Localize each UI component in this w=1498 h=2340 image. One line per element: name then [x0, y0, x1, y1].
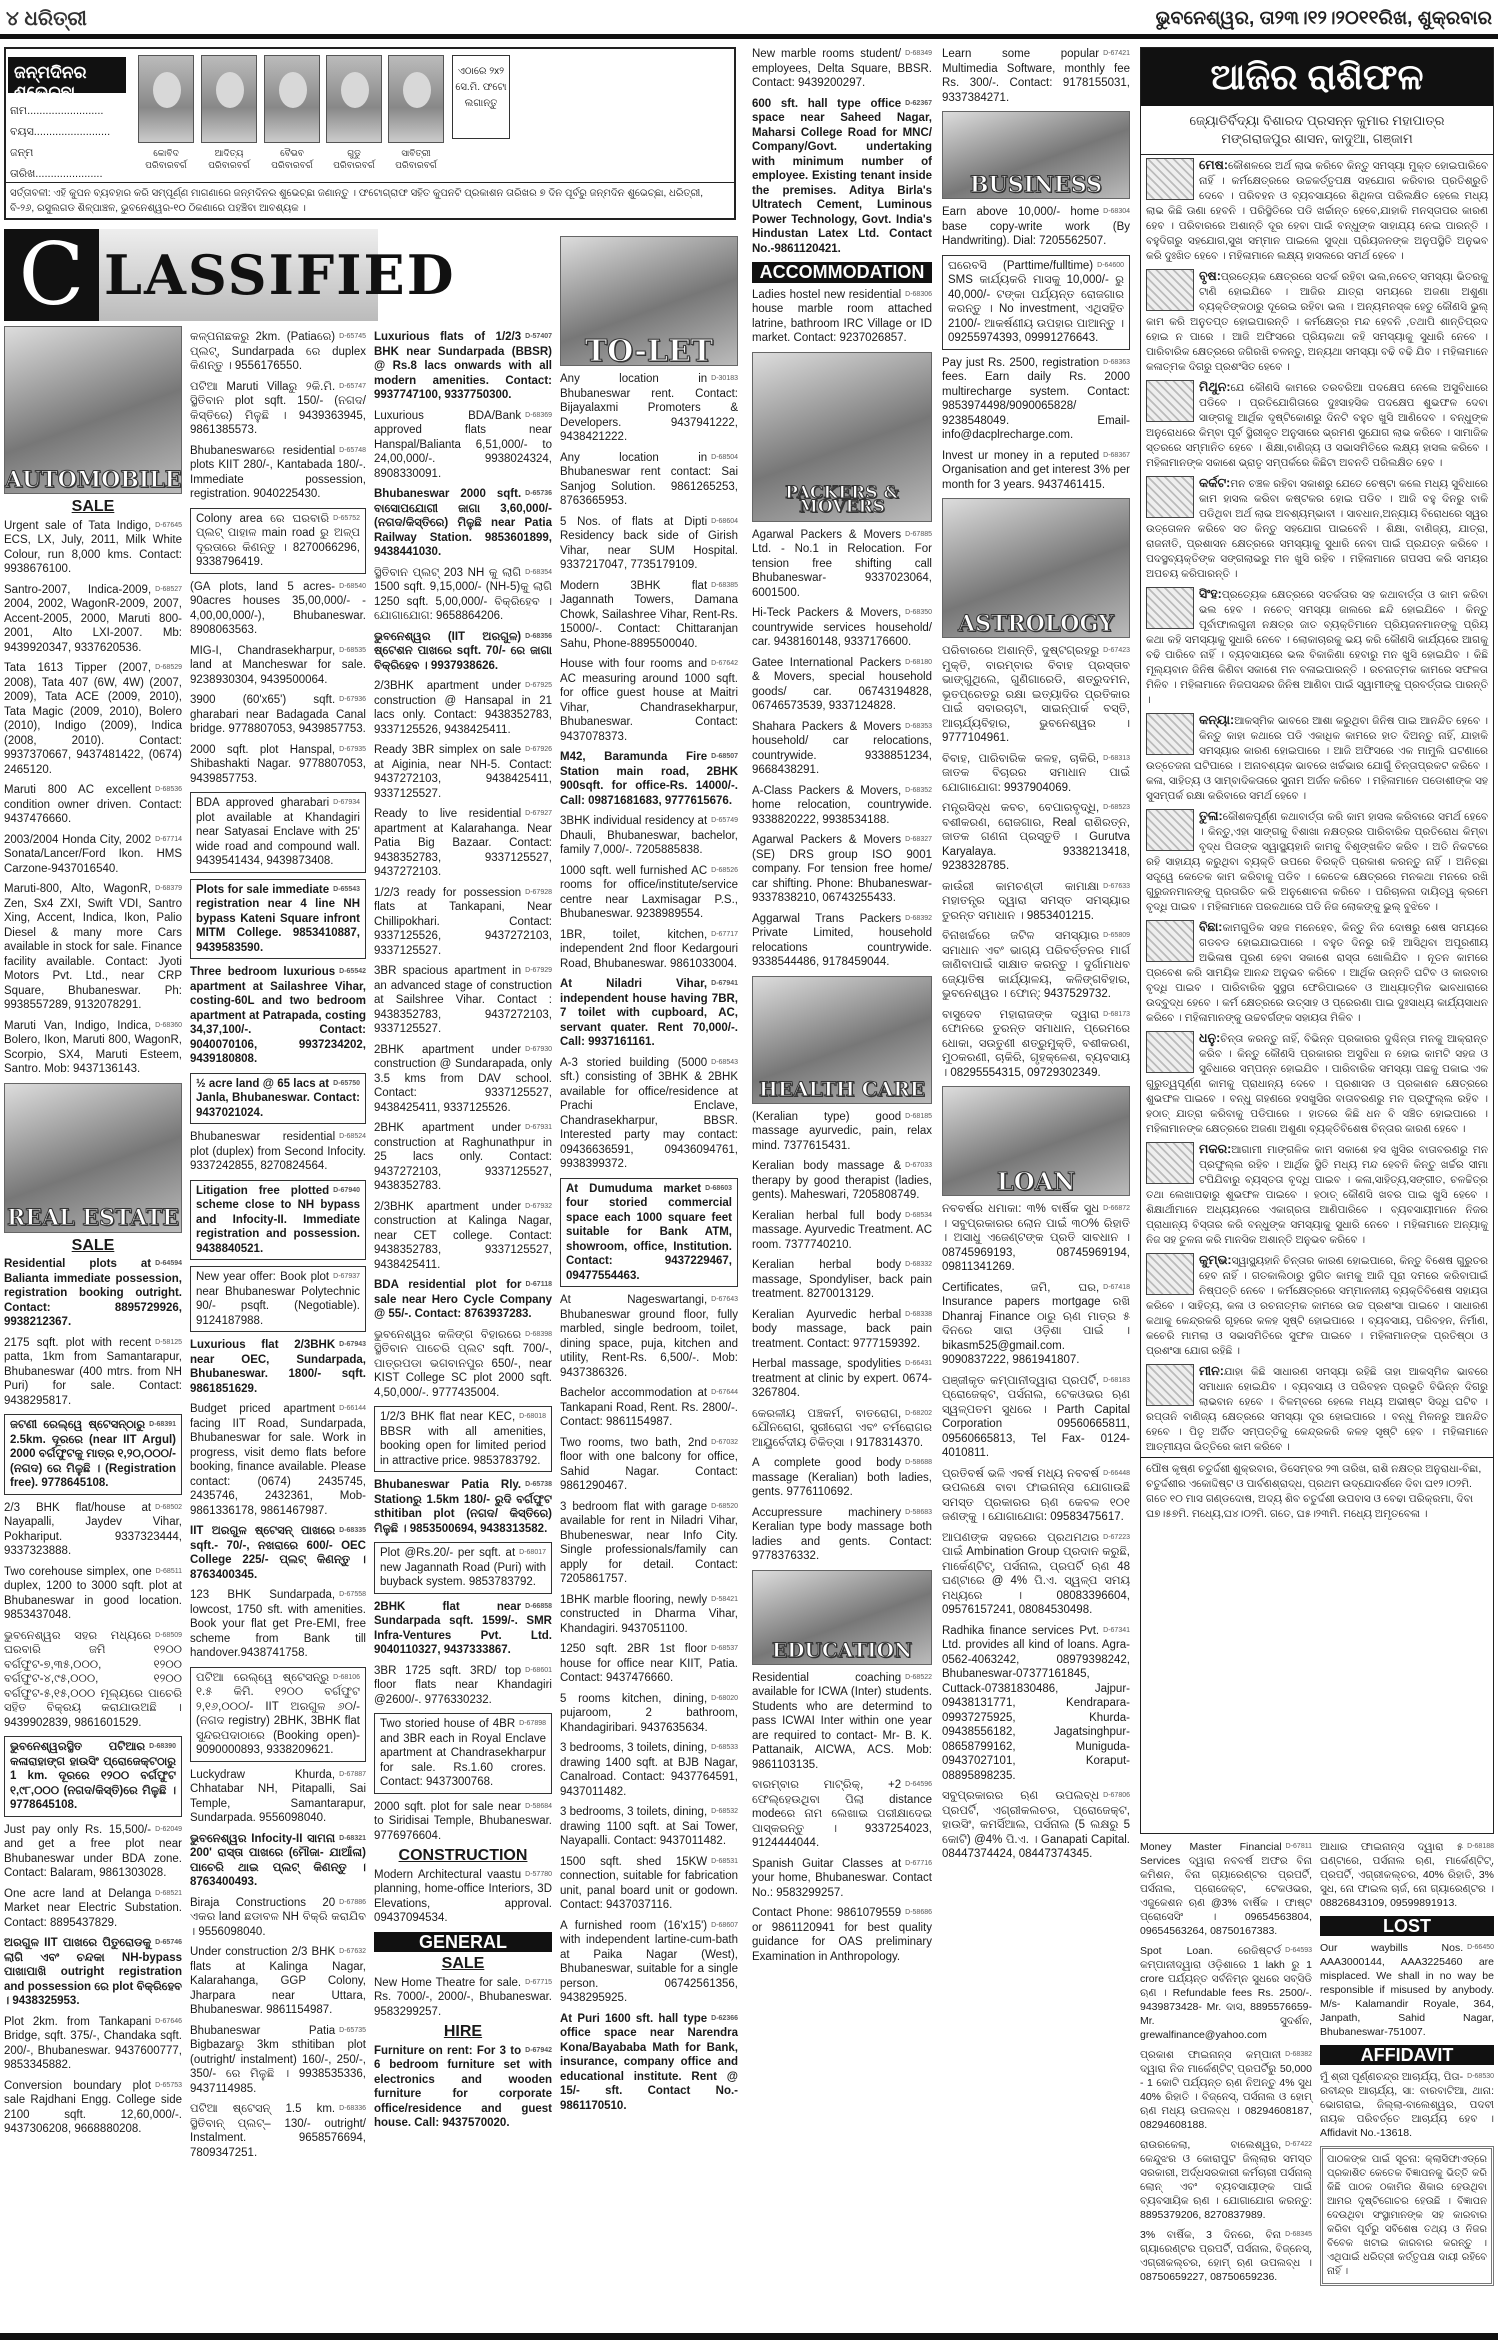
- sign-text: ପ୍ରତ୍ୟେକ କ୍ଷେତ୍ରରେ ସତର୍କ ରହିବା ଭଲ,ନଚେତ୍ …: [1146, 271, 1488, 373]
- column-automobile-realestate: AUTOMOBILESALED-67645Urgent sale of Tata…: [4, 230, 182, 2143]
- classified-ad: D-685333 bedrooms, 3 toilets, dining, dr…: [560, 1741, 738, 1799]
- classified-ad: D-679302BHK apartment under construction…: [374, 1043, 552, 1116]
- classified-ad: D-677142003/2004 Honda City, 2002 Sonata…: [4, 833, 182, 877]
- zodiac-icon: [1146, 269, 1194, 311]
- ad-code: D-68369: [525, 409, 552, 423]
- column-tolet: TO-LETD-30183Any location in Bhubaneswar…: [560, 236, 738, 2119]
- ad-text: A furnished room (16'x15') with independ…: [560, 1920, 738, 2005]
- zodiac-sign: ମିଥୁନ:ଯେ କୌଣସି କାମରେ ତରବରିଆ ପଦକ୍ଷେପ ନେଲେ…: [1141, 377, 1493, 473]
- classified-ad: D-67886Biraja Constructions 20 ଏକର land …: [190, 1896, 366, 1940]
- classified-ad: D-586842000 sqft. plot for sale near to …: [374, 1800, 552, 1844]
- child-photo: [201, 55, 257, 143]
- sign-text: କାମଗୁଡିକ ସହଜ ମନେହେବ, କିନ୍ତୁ ନିଜ ଦୋଷରୁ ଶେ…: [1146, 922, 1488, 1024]
- classified-ad: D-68188ଆଧାର ଫାଇନାନ୍ସ ଦ୍ୱାରା ୫ ଘଣ୍ଟାରେ, ପ…: [1320, 1840, 1494, 1910]
- ad-code: D-64593: [1285, 1944, 1312, 1958]
- sign-text: କୌଶଳପୂର୍ଣ୍ଣ କଥାବାର୍ତ୍ତା କରି କାମ ହାସଲ କରି…: [1146, 811, 1488, 913]
- ad-code: D-68392: [905, 912, 932, 926]
- classified-ad: D-64593Spot Loan. ରେଜିଷ୍ଟର୍ଡ କମ୍ପାନୀଦ୍ୱା…: [1140, 1944, 1312, 2042]
- horoscope-title: ଆଜିର ରାଶିଫଳ: [1141, 48, 1493, 106]
- ad-text: ପରିବାରରେ ଅଶାନ୍ତି, ଦୁଷ୍ଟଗ୍ରହରୁ ମୁକ୍ତି, ବା…: [942, 645, 1130, 744]
- ad-code: D-67928: [525, 886, 552, 900]
- sign-text: ପ୍ରତ୍ୟେକ କ୍ଷେତ୍ରରେ ସତର୍କତାର ସହ କଥାବାର୍ତ୍…: [1146, 589, 1488, 706]
- ad-code: D-68336: [339, 2102, 366, 2116]
- ad-text: Spot Loan. ରେଜିଷ୍ଟର୍ଡ କମ୍ପାନୀଦ୍ୱାରା ଓଡ଼ି…: [1140, 1945, 1312, 2041]
- classified-ad: D-680205 rooms kitchen, dining, pujaroom…: [560, 1692, 738, 1736]
- classified-ad: D-65750½ acre land @ 65 lacs at Janla, B…: [190, 1073, 366, 1125]
- column-finance-bottom-left: D-67811Money Master Financial Services ଦ…: [1140, 1840, 1312, 2290]
- classified-ad: D-679352000 sqft. plot Hanspal, Shibasha…: [190, 743, 366, 787]
- ad-code: D-68390: [149, 1740, 176, 1754]
- dob-field[interactable]: ଜନ୍ମ ତାରିଖ......................: [10, 143, 128, 185]
- classified-ad: D-68607A furnished room (16'x15') with i…: [560, 1919, 738, 2006]
- classified-ad: D-68535MIG-I, Chandrasekharpur, land at …: [190, 644, 366, 688]
- classified-ad: D-68398ଭୁବନେଶ୍ୱର କଳିଙ୍ଗ ବିହାରରେ ସ୍ଥିତିବା…: [374, 1328, 552, 1401]
- ad-text: Certificates, ଜମି, ଘର, Insurance papers …: [942, 1282, 1130, 1367]
- sign-text: ଯାହା କିଛି ସାଧାରଣ ସମସ୍ୟା ରହିଛି ତାହା ଆକସ୍ମ…: [1146, 1366, 1488, 1453]
- zodiac-sign: କର୍କଟ:ମନ ଚଞ୍ଚଳ ରହିବା ସକାଶରୁ ଯେତେ ଚେଷ୍ଟା …: [1141, 473, 1493, 584]
- ad-code: D-64596: [905, 1778, 932, 1792]
- ad-code: D-68540: [339, 580, 366, 594]
- ad-text: 600 sft. hall type office space near Sah…: [752, 98, 932, 255]
- ad-code: D-58125: [155, 1336, 182, 1350]
- sign-name: କନ୍ୟା:: [1199, 713, 1234, 727]
- ad-text: ବାସୁଦେବ ମହାରାଜଙ୍କ ଦ୍ୱାରା ଫୋନରେ ତୁରନ୍ତ ସମ…: [942, 1009, 1130, 1079]
- ad-code: D-68530: [1467, 2070, 1494, 2084]
- ad-code: D-68360: [155, 1019, 182, 1033]
- zodiac-sign: ମୀନ:ଯାହା କିଛି ସାଧାରଣ ସମସ୍ୟା ରହିଛି ତାହା ଆ…: [1141, 1361, 1493, 1457]
- ad-code: D-64600: [1097, 259, 1124, 273]
- ad-code: D-67642: [711, 657, 738, 671]
- classified-ad: D-68390ଭୁବନେଶ୍ୱରସ୍ଥିତ ପଟିଆର କଳାରାହାଙ୍ଗ ହ…: [4, 1736, 182, 1817]
- classified-ad: D-68352A-Class Packers & Movers, home re…: [752, 784, 932, 828]
- classified-ad: D-67418Certificates, ଜମି, ଘର, Insurance …: [942, 1281, 1130, 1368]
- panjika-note: ପୌଷ କୃଷ୍ଣ ଚତୁର୍ଦ୍ଦଶୀ ଶୁକ୍ରବାର, ଡିସେମ୍ବର …: [1141, 1457, 1493, 1526]
- ad-text: A-3 storied building (5000 sft.) consist…: [560, 1057, 738, 1171]
- classified-ad: D-67646Plot 2km. from Tankapani Bridge, …: [4, 2015, 182, 2073]
- ad-code: D-67811: [1286, 1840, 1312, 1854]
- ad-text: ପ୍ରକାଶ ଫାଇନାନ୍ସ କମ୍ପାନୀ ଦ୍ୱାରା ନିଜ ମାର୍କ…: [1140, 2049, 1312, 2131]
- classified-ad: D-67934BDA approved gharabari plot avail…: [190, 792, 366, 873]
- classified-ad: D-66872ନବବର୍ଷର ଧମାକା: ୩% ବାର୍ଷିକ ସୁଧ । ସ…: [942, 1202, 1130, 1275]
- ad-code: D-68534: [905, 1209, 932, 1223]
- zodiac-icon: [1146, 476, 1194, 518]
- ad-code: D-67925: [525, 679, 552, 693]
- ad-code: D-62367: [905, 97, 932, 111]
- classified-ad: D-67118BDA residential plot for sale nea…: [374, 1278, 552, 1322]
- ad-text: Money Master Financial Services ଦ୍ୱାରା ନ…: [1140, 1841, 1312, 1937]
- ad-code: D-67929: [525, 964, 552, 978]
- ad-code: D-68533: [711, 1741, 738, 1755]
- zodiac-icon: [1146, 920, 1194, 962]
- ad-code: D-68529: [155, 661, 182, 675]
- sign-name: ବୃଷ:: [1199, 269, 1221, 283]
- ad-code: D-68327: [905, 833, 932, 847]
- zodiac-icon: [1146, 158, 1194, 200]
- zodiac-icon: [1146, 587, 1194, 629]
- ad-code: D-68306: [905, 288, 932, 302]
- ad-code: D-68511: [156, 1565, 182, 1579]
- classified-ad: D-68507M42, Baramunda Fire Station main …: [560, 750, 738, 808]
- classified-ad: D-679293BR spacious apartment in an adva…: [374, 964, 552, 1037]
- ad-code: D-68604: [711, 515, 738, 529]
- classified-ad: D-67642House with four rooms and AC meas…: [560, 657, 738, 744]
- sign-text: ଯେ କୌଣସି କାମରେ ତରବରିଆ ପଦକ୍ଷେପ ନେଲେ ଅସୁବି…: [1146, 382, 1488, 469]
- ad-code: D-67717: [711, 928, 738, 942]
- ad-code: D-67930: [525, 1043, 552, 1057]
- classified-ad: D-686045 Nos. of flats at Dipti Residenc…: [560, 515, 738, 573]
- sign-name: କୁମ୍ଭ:: [1199, 1253, 1232, 1267]
- general-heading: GENERAL: [374, 1932, 552, 1953]
- ad-code: D-68183: [1103, 1374, 1130, 1388]
- ad-code: D-68353: [905, 720, 932, 734]
- ad-code: D-57407: [525, 330, 552, 344]
- ad-code: D-68349: [905, 47, 932, 61]
- ad-text: Radhika finance services Pvt. Ltd. provi…: [942, 1625, 1130, 1782]
- ad-text: At Puri 1600 sft. hall type office space…: [560, 2013, 738, 2112]
- classified-ad: D-67941At Niladri Vihar, independent hou…: [560, 977, 738, 1050]
- column-property-2: D-65745କଳ୍ପନାଛକରୁ 2km. (Patiaରେ) ପ୍ଲଟ୍, …: [190, 330, 366, 2166]
- zodiac-sign: ବୃଷ:ପ୍ରତ୍ୟେକ କ୍ଷେତ୍ରରେ ସତର୍କ ରହିବା ଭଲ,ନଚ…: [1141, 266, 1493, 377]
- ad-text: ସବୁପ୍ରକାରର ଋଣ ଉପଲବ୍ଧ ପ୍ରପର୍ଟି, ଏଗ୍ରୀକଲଚର…: [942, 1790, 1130, 1860]
- classified-ad: D-679363900 (60'x65') sqft. gharabari ne…: [190, 693, 366, 737]
- classified-ad: D-67937New year offer: Book plot near Bh…: [190, 1266, 366, 1332]
- ad-code: D-66872: [1103, 1202, 1130, 1216]
- ad-text: Residential coaching available for ICWA …: [752, 1672, 932, 1771]
- classified-ad: D-68349New marble rooms student/ employe…: [752, 47, 932, 91]
- ad-code: D-67643: [711, 1293, 738, 1307]
- classified-ad: D-66450Our waybills Nos. AAA3000144, AAA…: [1320, 1941, 1494, 2039]
- classified-ad: D-68521One acre land at Delanga Market n…: [4, 1887, 182, 1931]
- ad-code: D-58688: [905, 1456, 932, 1470]
- zodiac-sign: ବିଛା:କାମଗୁଡିକ ସହଜ ମନେହେବ, କିନ୍ତୁ ନିଜ ଦୋଷ…: [1141, 917, 1493, 1028]
- affidavit-heading: AFFIDAVIT: [1320, 2045, 1494, 2065]
- dateline: ଭୁବନେଶ୍ୱର, ତା୨୩।୧୨।୨୦୧୧ରିଖ, ଶୁକ୍ରବାର: [1156, 8, 1492, 30]
- ad-code: D-66858: [525, 1600, 552, 1614]
- classified-ad: D-68363Pay just Rs. 2500, registration f…: [942, 356, 1130, 443]
- ad-code: D-67033: [905, 1159, 932, 1173]
- woman-photo: [388, 55, 444, 143]
- zodiac-sign: ତୁଳା:କୌଶଳପୂର୍ଣ୍ଣ କଥାବାର୍ତ୍ତା କରି କାମ ହାସ…: [1141, 806, 1493, 917]
- classified-ad: D-68527Santro-2007, Indica-2009, 2004, 2…: [4, 583, 182, 656]
- photo-caption: ଗୁଡୁପରିବାରବର୍ଗ: [319, 147, 389, 171]
- hire-heading: HIRE: [374, 2025, 552, 2040]
- classified-ad: D-68523ମନ୍ତ୍ରସିଦ୍ଧ କବଚ, ବେପାରବୃଦ୍ଧି, ବଶୀ…: [942, 801, 1130, 874]
- ad-text: ଭୁବନେଶ୍ୱର ସହର ମଧ୍ୟରେ ଘରବାରି ଜମି ୧୨୦୦ ବର୍…: [4, 1630, 182, 1729]
- ad-code: D-67558: [339, 1588, 366, 1602]
- classified-ad: D-68304Earn above 10,000/- home base cop…: [942, 205, 1130, 249]
- ad-code: D-68382: [1285, 2048, 1312, 2062]
- horoscope-panel: ଆଜିର ରାଶିଫଳ ଜ୍ୟୋତିର୍ବିଦ୍ୟା ବିଶାରଦ ପ୍ରସନ୍…: [1140, 47, 1494, 1834]
- classified-ad: D-68504Any location in Bhubaneswar rent …: [560, 451, 738, 509]
- classified-ad: D-65752Colony area ରେ ଘରବାରି ପ୍ଲଟ୍ ପାହାଳ…: [190, 508, 366, 574]
- sign-name: ବିଛା:: [1199, 920, 1222, 934]
- classified-ad: D-581252175 sqft. plot with recent patta…: [4, 1336, 182, 1409]
- sign-name: ମକର:: [1199, 1142, 1231, 1156]
- zodiac-icon: [1146, 809, 1194, 851]
- ad-code: D-62049: [155, 1823, 182, 1837]
- classified-ad: D-68327Agarwal Packers & Movers (SE) DRS…: [752, 833, 932, 906]
- classified-ad: D-68106ପଟିଆ ରେଲ୍‌ୱେ ଷ୍ଟେସନ୍‌ରୁ ୧.୫ କିମି.…: [190, 1667, 366, 1762]
- classified-ad: D-67926Ready 3BR simplex on sale at Aigi…: [374, 743, 552, 801]
- sign-text: ସ୍ୱାସ୍ଥ୍ୟହାନି ଚିନ୍ତାର କାରଣ ହୋଇପାରେ, କିନ୍…: [1146, 1255, 1488, 1357]
- classified-ad: D-68369Luxurious BDA/Bank approved flats…: [374, 409, 552, 482]
- classified-ad: D-66144Budget priced apartment facing II…: [190, 1402, 366, 1518]
- ad-code: D-65752: [333, 512, 360, 526]
- classified-ad: D-68306Ladies hostel new residential hou…: [752, 288, 932, 346]
- ad-code: D-68188: [1467, 1840, 1494, 1854]
- age-field[interactable]: ବୟସ.........................: [10, 122, 128, 143]
- ad-code: D-68018: [519, 1410, 546, 1424]
- sign-name: କର୍କଟ:: [1199, 476, 1230, 490]
- classified-ad: D-68338Keralian Ayurvedic herbal body ma…: [752, 1308, 932, 1352]
- ad-code: D-68535: [339, 644, 366, 658]
- ad-code: D-65735: [339, 2024, 366, 2038]
- ad-code: D-67942: [525, 2044, 552, 2058]
- classified-ad: D-68185(Keralian type) good massage ayur…: [752, 1110, 932, 1154]
- ad-text: ବିନାଖର୍ଚ୍ଚରେ ଜଟିଳ ସମସ୍ୟାର ସମାଧାନ ଏବଂ ଭାଗ…: [942, 930, 1130, 1000]
- classified-ad: D-67943Luxurious flat 2/3BHK near OEC, S…: [190, 1338, 366, 1396]
- ad-code: D-68354: [525, 566, 552, 580]
- zodiac-icon: [1146, 380, 1194, 422]
- classified-ad: D-686013BR 1725 sqft. 3RD/ top floor fla…: [374, 1664, 552, 1708]
- classified-ad: D-65747ପଟିଆ Maruti Villaରୁ ୨କି.ମି. ସ୍ଥିତ…: [190, 380, 366, 438]
- ad-code: D-65745: [339, 330, 366, 344]
- classified-ad: D-668582BHK flat near Sundarpada sqft. 1…: [374, 1600, 552, 1658]
- ad-code: D-67932: [525, 1200, 552, 1214]
- ad-code: D-68106: [333, 1671, 360, 1685]
- ad-code: D-66448: [1103, 1467, 1130, 1481]
- ad-text: Maruti-800, Alto, WagonR, Zen, Sx4 ZXI, …: [4, 883, 182, 1011]
- ad-code: D-67887: [339, 1768, 366, 1782]
- classified-ad: D-68350Hi-Teck Packers & Movers, country…: [752, 606, 932, 650]
- ad-text: ମନ୍ତ୍ରସିଦ୍ଧ କବଚ, ବେପାରବୃଦ୍ଧି, ବଶୀକରଣ, ରୋ…: [942, 802, 1130, 872]
- ad-code: D-68543: [711, 1056, 738, 1070]
- sign-text: ଆକସ୍ମିକ ଭାବରେ ଆଶା କରୁଥିବା ଜିନିଷ ପାଇ ଆନନ୍…: [1146, 715, 1488, 802]
- ad-text: Pay just Rs. 2500, registration fees. Ea…: [942, 357, 1130, 442]
- ad-text: ଘରେବସି (Parttime/fulltime) SMS କାର୍ଯ୍ୟକର…: [948, 260, 1124, 345]
- photo-caption: ସାବିତ୍ରୀପରିବାରବର୍ଗ: [381, 147, 451, 171]
- classified-ad: D-68540(GA plots, land 5 acres-90acres h…: [190, 580, 366, 638]
- ad-code: D-66450: [1467, 1941, 1494, 1955]
- classified-ad: D-67643At Nageswartangi, Bhubaneswar gro…: [560, 1293, 738, 1380]
- ad-code: D-68521: [155, 1887, 182, 1901]
- ad-code: D-68332: [905, 1258, 932, 1272]
- astrology-image: ASTROLOGY: [942, 498, 1130, 638]
- ad-code: D-68527: [155, 583, 182, 597]
- ad-code: D-67885: [905, 528, 932, 542]
- ad-code: D-68017: [519, 1546, 546, 1560]
- classified-ad: D-65542Three bedroom luxurious apartment…: [190, 965, 366, 1067]
- classified-ad: D-68332Keralian herbal body massage, Spo…: [752, 1258, 932, 1302]
- ad-code: D-68398: [525, 1328, 552, 1342]
- ad-code: D-68507: [711, 750, 738, 764]
- sign-name: ମେଷ:: [1199, 158, 1228, 172]
- classified-ad: D-67644Bachelor accommodation at Tankapa…: [560, 1386, 738, 1430]
- classified-ad: D-68202କେରଳୀୟ ପଞ୍ଚକର୍ମ, ବାତରୋଗ, ଯୌନରୋଗ, …: [752, 1407, 932, 1451]
- classified-ad: D-685022/3 BHK flat/house at Nayapalli, …: [4, 1501, 182, 1559]
- ad-code: D-65809: [1103, 929, 1130, 943]
- classified-ad: D-68392Aggarwal Trans Packers Private Li…: [752, 912, 932, 970]
- classified-ad: D-683453% ବାର୍ଷିକ, 3 ଦିନରେ, ବିନା ଗ୍ୟାରେଣ…: [1140, 2228, 1312, 2284]
- construction-heading: CONSTRUCTION: [374, 1849, 552, 1864]
- classified-ad: D-65746ଅରଗୁଳ IIT ପାଖରେ ପିତୁରୋଡକୁ ଲାଗି ଏବ…: [4, 1936, 182, 2009]
- horoscope-author: ଜ୍ୟୋତିର୍ବିଦ୍ୟା ବିଶାରଦ ପ୍ରସନ୍ନ କୁମାର ମହାପ…: [1141, 106, 1493, 155]
- ad-code: D-67936: [339, 693, 366, 707]
- ad-code: D-68321: [339, 1832, 366, 1846]
- classified-ad: D-68353Shahara Packers & Movers househol…: [752, 720, 932, 778]
- ad-code: D-58683: [905, 1506, 932, 1520]
- classified-ad: D-68335IIT ଅରଗୁଳ ଷ୍ଟେସନ୍ ପାଖରେ sqft.- 70…: [190, 1524, 366, 1582]
- accommodation-heading: ACCOMMODATION: [752, 262, 932, 283]
- ad-code: D-67223: [1103, 1531, 1130, 1545]
- education-image: EDUCATION: [752, 1570, 932, 1665]
- classified-ad: D-58688A complete good body massage (Ker…: [752, 1456, 932, 1500]
- realestate-image: REAL ESTATE: [4, 1083, 182, 1233]
- ad-code: D-67032: [711, 1436, 738, 1450]
- classified-ad: D-62367600 sft. hall type office space n…: [752, 97, 932, 257]
- ad-code: D-62366: [711, 2012, 738, 2026]
- tolet-image: TO-LET: [560, 236, 738, 366]
- zodiac-sign: ମେଷ:କୌଶଳରେ ଅର୍ଥ ଲାଭ କରିବେ କିନ୍ତୁ ସମସ୍ୟା …: [1141, 155, 1493, 266]
- ad-code: D-30183: [711, 372, 738, 386]
- ad-code: D-67934: [333, 796, 360, 810]
- classified-ad: D-685203 bedroom flat with garage availa…: [560, 1500, 738, 1587]
- ad-code: D-68504: [711, 451, 738, 465]
- zodiac-icon: [1146, 1253, 1194, 1295]
- name-field[interactable]: ନାମ.........................: [10, 101, 128, 122]
- ad-code: D-68522: [905, 1671, 932, 1685]
- ad-text: Furniture on rent: For 3 to 6 bedroom fu…: [374, 2045, 552, 2130]
- ad-code: D-68532: [711, 1805, 738, 1819]
- zodiac-icon: [1146, 1031, 1194, 1073]
- ad-code: D-64594: [155, 1257, 182, 1271]
- ad-code: D-57780: [525, 1868, 552, 1882]
- classified-ad: D-68379Maruti-800, Alto, WagonR, Zen, Sx…: [4, 882, 182, 1013]
- sign-text: ଚିନ୍ତା କରନ୍ତୁ ନାହିଁ, ବିଭିନ୍ନ ପ୍ରକାରର ଦୁଶ…: [1146, 1033, 1488, 1135]
- classified-ad: D-68356ଭୁବନେଶ୍ୱର (IIT ଅରଗୁଳ) ଷ୍ଟେଶନ ପାଖର…: [374, 630, 552, 674]
- classified-ad: D-679322/3BHK apartment under constructi…: [374, 1200, 552, 1273]
- classified-ad: D-68367Invest ur money in a reputed Orga…: [942, 449, 1130, 493]
- classified-ad: D-68017Plot @Rs.20/- per sqft. at new Ja…: [374, 1542, 552, 1594]
- page-label: ୪ ଧରିତ୍ରୀ: [6, 8, 87, 31]
- ad-code: D-66144: [339, 1402, 366, 1416]
- sign-name: ମିଥୁନ:: [1199, 380, 1230, 394]
- ad-code: D-68523: [1103, 801, 1130, 815]
- classified-ad: D-67927Ready to live residential apartme…: [374, 807, 552, 880]
- ad-text: ନବବର୍ଷର ଧମାକା: ୩% ବାର୍ଷିକ ସୁଧ । ସବୁପ୍ରକା…: [942, 1203, 1130, 1273]
- classified-ad: D-685311500 sqft. shed 15KW connection, …: [560, 1855, 738, 1913]
- packers-movers-image: PACKERS & MOVERS: [752, 352, 932, 522]
- birthday-coupon: ଜନ୍ମଦିନର ଶୁଭେଚ୍ଛା ନାମ...................…: [4, 47, 736, 220]
- ad-text: ପଟିଆ ରେଲ୍‌ୱେ ଷ୍ଟେସନ୍‌ରୁ ୧.୫ କିମି. ୧୨୦୦ ବ…: [196, 1672, 360, 1757]
- ad-text: Three bedroom luxurious apartment at Sai…: [190, 966, 366, 1065]
- classified-ad: D-657493BHK individual residency at Dhau…: [560, 814, 738, 858]
- ad-text: ରାଉରକେଲା, ବାଲେଶ୍ୱର, କେନ୍ଦୁଝର ଓ କୋରାପୁଟ ଜ…: [1140, 2139, 1312, 2221]
- ad-code: D-68345: [1285, 2228, 1312, 2242]
- ad-text: Learn some popular Multimedia Software, …: [942, 48, 1130, 104]
- classified-ad: D-68511Two corehouse simplex, one duplex…: [4, 1565, 182, 1623]
- photo-caption: ଆଦିତ୍ୟପରିବାରବର୍ଗ: [194, 147, 264, 171]
- classified-ad: D-58686Contact Phone: 9861079559 or 9861…: [752, 1906, 932, 1964]
- zodiac-list: ମେଷ:କୌଶଳରେ ଅର୍ଥ ଲାଭ କରିବେ କିନ୍ତୁ ସମସ୍ୟା …: [1141, 155, 1493, 1457]
- ad-code: D-68537: [711, 1642, 738, 1656]
- ad-code: D-68202: [905, 1407, 932, 1421]
- loan-image: LOAN: [942, 1086, 1130, 1196]
- classified-ad: D-68509ଭୁବନେଶ୍ୱର ସହର ମଧ୍ୟରେ ଘରବାରି ଜମି ୧…: [4, 1629, 182, 1731]
- child-photo: [138, 55, 194, 143]
- zodiac-sign: ସିଂହ:ପ୍ରତ୍ୟେକ କ୍ଷେତ୍ରରେ ସତର୍କତାର ସହ କଥାବ…: [1141, 584, 1493, 710]
- classified-ad: D-68603At Dumuduma market four storied c…: [560, 1178, 738, 1288]
- classified-ad: D-68522Residential coaching available fo…: [752, 1671, 932, 1773]
- classified-ad: D-68336ପଟିଆ ଷ୍ଟେସନ୍ 1.5 km. ସ୍ଥିତିବାନ୍ ପ…: [190, 2102, 366, 2160]
- ad-code: D-68367: [1103, 449, 1130, 463]
- ad-code: D-65750: [333, 1077, 360, 1091]
- classified-ad: D-67632Under construction 2/3 BHK flats …: [190, 1945, 366, 2018]
- ad-code: D-68304: [1103, 205, 1130, 219]
- classified-ad: D-68529Tata 1613 Tipper (2007, 2008), Ta…: [4, 661, 182, 777]
- classified-ad: D-62366At Puri 1600 sft. hall type offic…: [560, 2012, 738, 2114]
- ad-code: D-68531: [711, 1855, 738, 1869]
- ad-text: At Dumuduma market four storied commerci…: [566, 1183, 732, 1282]
- ad-code: D-68520: [711, 1500, 738, 1514]
- classified-ad: D-67885Agarwal Packers & Movers Ltd. - N…: [752, 528, 932, 601]
- ad-code: D-67632: [339, 1945, 366, 1959]
- ad-code: D-67633: [1103, 880, 1130, 894]
- ad-code: D-65738: [525, 1478, 552, 1492]
- classified-ad: D-58683Accupressure machinery Keralian t…: [752, 1506, 932, 1564]
- ad-text: କାଉଁରୀ କାମଚଣ୍ଡୀ କାମାକ୍ଷା ମହାତନ୍ତ୍ର ଦ୍ୱାର…: [942, 881, 1130, 922]
- classified-ad: D-679312BHK apartment under construction…: [374, 1121, 552, 1194]
- reader-notice: ପାଠକଙ୍କ ପାଇଁ ସୂଚନା: କ୍ଲାସିଫାଏଡ୍‌ରେ ପ୍ରକା…: [1320, 2146, 1494, 2286]
- classified-ad: D-67811Money Master Financial Services ଦ…: [1140, 1840, 1312, 1938]
- ad-code: D-67941: [711, 977, 738, 991]
- ad-code: D-67806: [1103, 1789, 1130, 1803]
- classified-ad: D-65745କଳ୍ପନାଛକରୁ 2km. (Patiaରେ) ପ୍ଲଟ୍, …: [190, 330, 366, 374]
- child-photo: [264, 55, 320, 143]
- classified-ad: D-67898Two storied house of 4BR and 3BR …: [374, 1713, 552, 1794]
- classified-ad: D-64596ବାରମ୍ବାର ମାଟ୍ରିକ୍, +2 ଫେଲ୍‌ହେଉଥିବ…: [752, 1778, 932, 1851]
- classified-ad: D-677171BR, toilet, kitchen, independent…: [560, 928, 738, 972]
- classified-ad: D-57780Modern Architectural vaastu plann…: [374, 1868, 552, 1926]
- sign-text: କୌଶଳରେ ଅର୍ଥ ଲାଭ କରିବେ କିନ୍ତୁ ସମସ୍ୟା ମୁକ୍…: [1146, 160, 1488, 262]
- classified-ad: D-67940Litigation free plotted scheme cl…: [190, 1180, 366, 1261]
- ad-text: Earn above 10,000/- home base copy-write…: [942, 206, 1130, 247]
- classified-ad: D-67633କାଉଁରୀ କାମଚଣ୍ଡୀ କାମାକ୍ଷା ମହାତନ୍ତ୍…: [942, 880, 1130, 924]
- ad-code: D-65746: [155, 1936, 182, 1950]
- ad-code: D-68338: [905, 1308, 932, 1322]
- classified-ad: D-67806ସବୁପ୍ରକାରର ଋଣ ଉପଲବ୍ଧ ପ୍ରପର୍ଟି, ଏଗ…: [942, 1789, 1130, 1862]
- ad-text: ପ୍ରତିବର୍ଷ ଭଳି ଏବର୍ଷ ମଧ୍ୟ ନବବର୍ଷ ଉପଲକ୍ଷେ …: [942, 1468, 1130, 1524]
- birthday-title: ଜନ୍ମଦିନର ଶୁଭେଚ୍ଛା: [8, 57, 126, 93]
- classified-ad: D-65736Bhubaneswar 2000 sqft. ବାସୋପଯୋଗୀ …: [374, 487, 552, 560]
- ad-code: D-68356: [525, 630, 552, 644]
- ad-code: D-65748: [339, 444, 366, 458]
- zodiac-sign: କୁମ୍ଭ:ସ୍ୱାସ୍ଥ୍ୟହାନି ଚିନ୍ତାର କାରଣ ହୋଇପାରେ…: [1141, 1250, 1493, 1361]
- column-accommodation-health-education: D-68349New marble rooms student/ employe…: [752, 47, 932, 1970]
- ad-code: D-65736: [525, 487, 552, 501]
- sign-name: ମୀନ:: [1199, 1364, 1224, 1378]
- ad-code: D-67118: [526, 1278, 552, 1292]
- ad-code: D-67714: [155, 833, 182, 847]
- classified-ad: D-30183Any location in Bhubaneswar rent.…: [560, 372, 738, 445]
- ad-code: D-67423: [1103, 644, 1130, 658]
- classified-ad: D-68360Maruti Van, Indigo, Indica, Boler…: [4, 1019, 182, 1077]
- classified-ad: D-68534Keralian herbal full body massage…: [752, 1209, 932, 1253]
- ad-text: Our waybills Nos. AAA3000144, AAA3225460…: [1320, 1942, 1494, 2038]
- ad-code: D-58421: [711, 1593, 738, 1607]
- ad-text: ଆପଣଙ୍କ ସହରରେ ପ୍ରଥମଥର ପାଇଁ Ambination Gro…: [942, 1532, 1130, 1617]
- classified-ad: D-67422ରାଉରକେଲା, ବାଲେଶ୍ୱର, କେନ୍ଦୁଝର ଓ କୋ…: [1140, 2138, 1312, 2222]
